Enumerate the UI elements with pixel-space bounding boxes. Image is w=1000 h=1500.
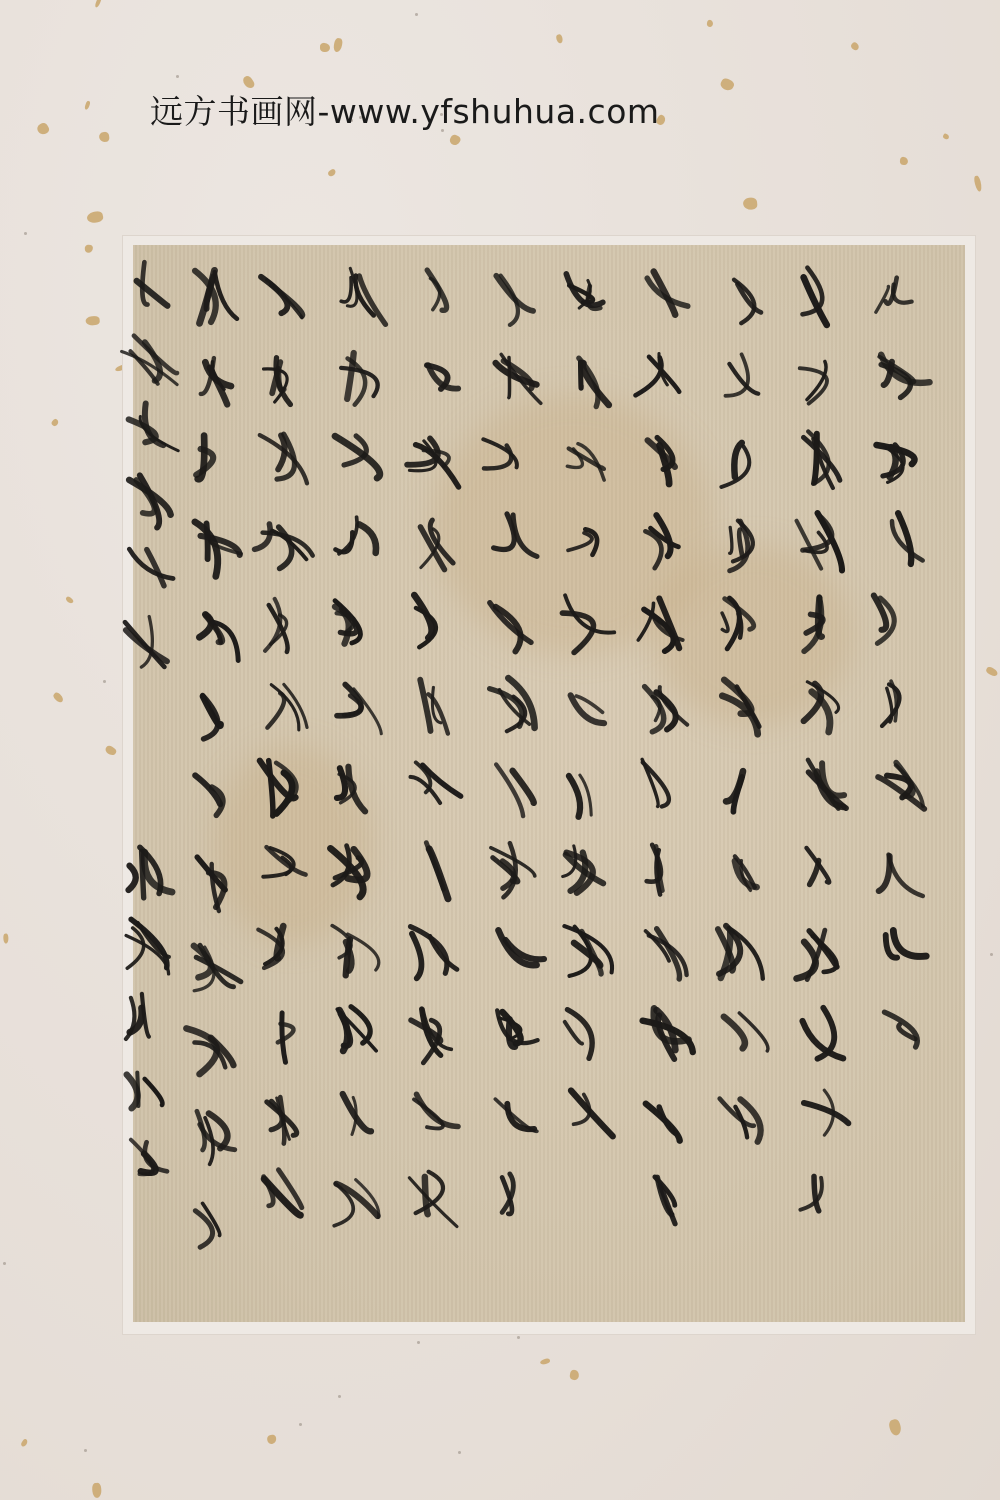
fleck <box>92 1482 103 1498</box>
fleck <box>103 680 106 683</box>
calligraphy-column <box>126 847 172 1174</box>
calligraphy-column <box>255 277 313 1215</box>
fleck <box>449 134 462 147</box>
fleck <box>35 121 51 137</box>
fleck <box>458 1451 461 1454</box>
fleck <box>417 1341 420 1344</box>
fleck <box>50 418 59 427</box>
fleck <box>84 100 91 110</box>
fleck <box>299 1423 302 1426</box>
calligraphy-column <box>186 270 241 1247</box>
fleck <box>95 0 103 8</box>
fleck <box>569 1370 579 1381</box>
fleck <box>539 1358 550 1366</box>
calligraphy-column <box>636 272 693 1224</box>
fleck <box>707 20 715 28</box>
fleck <box>84 1449 87 1452</box>
fleck <box>176 75 179 78</box>
fleck <box>52 691 64 703</box>
calligraphy-column <box>718 280 768 1142</box>
fleck <box>104 744 117 757</box>
fleck <box>99 132 110 143</box>
fleck <box>24 232 27 235</box>
fleck <box>887 1418 902 1437</box>
fleck <box>266 1434 277 1445</box>
fleck <box>3 933 9 943</box>
watermark-text: 远方书画网-www.yfshuhua.com <box>150 86 660 133</box>
fleck <box>327 168 337 177</box>
calligraphy-column <box>874 278 930 1047</box>
calligraphy-panel <box>133 245 965 1322</box>
calligraphy-column <box>797 268 849 1211</box>
fleck <box>86 211 104 225</box>
fleck <box>3 1262 6 1265</box>
calligraphy-column <box>562 274 614 1136</box>
fleck <box>900 157 908 165</box>
fleck <box>555 34 564 45</box>
fleck <box>942 133 950 140</box>
calligraphy-column <box>331 268 386 1225</box>
fleck <box>742 197 757 210</box>
fleck <box>20 1438 29 1447</box>
fleck <box>332 38 342 53</box>
fleck <box>415 13 418 16</box>
fleck <box>517 1336 520 1339</box>
fleck <box>850 42 861 53</box>
fleck <box>990 953 993 956</box>
calligraphy-column <box>483 276 544 1214</box>
fleck <box>85 244 93 252</box>
fleck <box>320 43 331 52</box>
fleck <box>64 596 73 605</box>
fleck <box>338 1395 341 1398</box>
fleck <box>86 315 101 326</box>
fleck <box>985 666 998 678</box>
fleck <box>973 175 983 192</box>
fleck <box>719 76 735 91</box>
calligraphy-column <box>407 270 461 1226</box>
calligraphy-ink <box>133 245 965 1322</box>
